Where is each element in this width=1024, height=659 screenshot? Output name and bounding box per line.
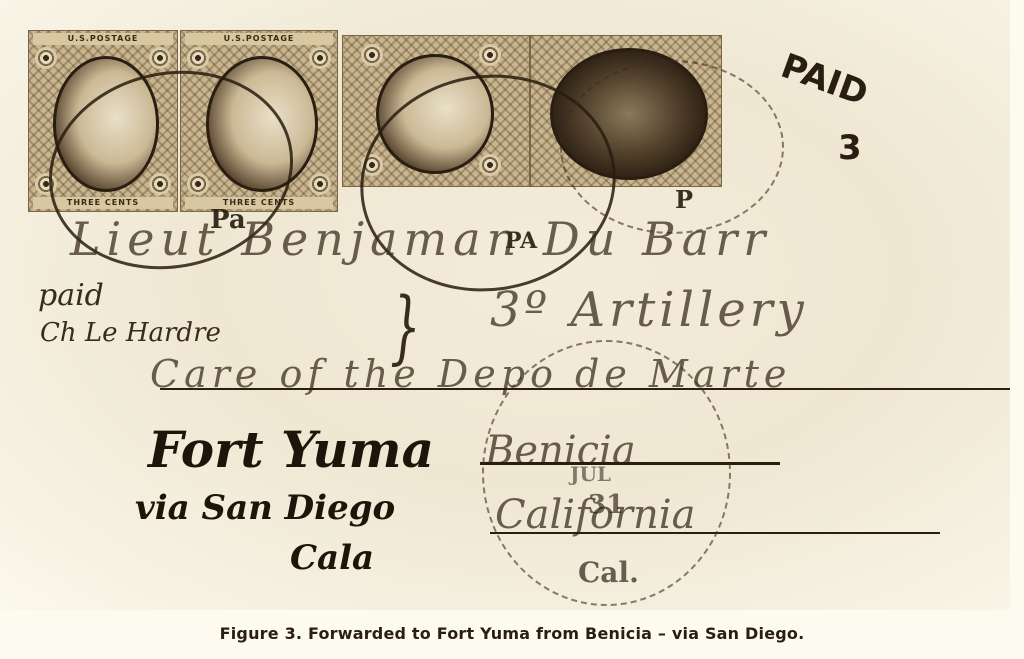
figure-caption: Figure 3. Forwarded to Fort Yuma from Be… — [0, 624, 1024, 643]
rosette-icon — [479, 44, 501, 66]
rosette-icon — [187, 47, 209, 69]
rosette-icon — [309, 173, 331, 195]
side-note-paid: paid — [38, 278, 104, 313]
rosette-icon — [309, 47, 331, 69]
brace: } — [390, 280, 421, 373]
forward-state: Cala — [290, 538, 374, 578]
forward-address: Fort Yuma — [148, 420, 434, 479]
postmark-state: Cal. — [578, 556, 639, 589]
stamp-top-text: U.S.POSTAGE — [33, 33, 173, 45]
rosette-icon — [35, 47, 57, 69]
stamp-top-text: U.S.POSTAGE — [185, 33, 333, 45]
forward-via: via San Diego — [135, 488, 395, 528]
postmark-month: JUL — [570, 462, 611, 486]
envelope-cover: U.S.POSTAGE THREE CENTS U.S.POSTAGE THRE… — [0, 0, 1010, 610]
rosette-icon — [361, 44, 383, 66]
paid-value: 3 — [838, 128, 862, 168]
side-note-name: Ch Le Hardre — [40, 318, 221, 348]
paid-handstamp: PAID — [776, 46, 873, 114]
postmark-day: 31 — [588, 490, 624, 520]
rosette-icon — [149, 47, 171, 69]
address-line-1: Lieut Benjaman Du Barr — [70, 212, 771, 266]
postmark-philadelphia-3 — [560, 60, 784, 234]
address-line-2: 3º Artillery — [490, 282, 808, 338]
postmark-letter: P — [675, 185, 693, 214]
